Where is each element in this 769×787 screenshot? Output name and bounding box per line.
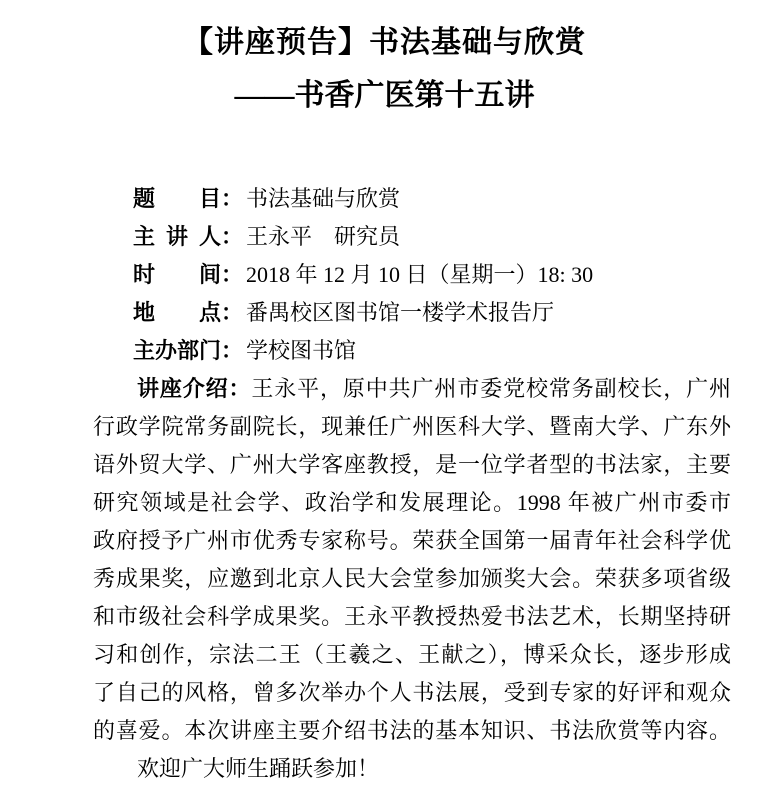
field-value-time: 2018 年 12 月 10 日（星期一）18: 30 <box>246 262 593 287</box>
field-value-organizer: 学校图书馆 <box>246 338 356 363</box>
paragraph-line-4: 研究领域是社会学、政治学和发展理论。1998 年被广州市委市 <box>93 484 731 522</box>
field-label-speaker: 主讲人 <box>133 218 221 256</box>
page-title: 【讲座预告】书法基础与欣赏 <box>0 0 769 61</box>
paragraph-line-3: 语外贸大学、广州大学客座教授，是一位学者型的书法家，主要 <box>93 446 731 484</box>
paragraph-line-6: 秀成果奖，应邀到北京人民大会堂参加颁奖大会。荣获多项省级 <box>93 560 731 598</box>
paragraph-line-10: 的喜爱。本次讲座主要介绍书法的基本知识、书法欣赏等内容。 <box>93 712 731 750</box>
field-colon: ： <box>221 224 243 249</box>
paragraph-text: 王永平，原中共广州市委党校常务副校长，广州 <box>251 376 731 401</box>
field-label-location: 地点 <box>133 294 221 332</box>
field-value-location: 番禺校区图书馆一楼学术报告厅 <box>246 300 554 325</box>
paragraph-line-1: 讲座介绍：王永平，原中共广州市委党校常务副校长，广州 <box>93 370 731 408</box>
field-row-speaker: 主讲人：王永平 研究员 <box>133 218 769 256</box>
page-subtitle: ——书香广医第十五讲 <box>0 78 769 114</box>
field-label-organizer: 主办部门 <box>133 332 221 370</box>
paragraph-line-2: 行政学院常务副院长，现兼任广州医科大学、暨南大学、广东外 <box>93 408 731 446</box>
paragraph-line-8: 习和创作，宗法二王（王羲之、王献之），博采众长，逐步形成 <box>93 636 731 674</box>
paragraph-line-5: 政府授予广州市优秀专家称号。荣获全国第一届青年社会科学优 <box>93 522 731 560</box>
field-row-location: 地点：番禺校区图书馆一楼学术报告厅 <box>133 294 769 332</box>
field-row-time: 时间：2018 年 12 月 10 日（星期一）18: 30 <box>133 256 769 294</box>
field-colon: ： <box>221 186 243 211</box>
field-colon: ： <box>221 262 243 287</box>
intro-label: 讲座介绍： <box>137 376 251 401</box>
lecture-intro-paragraph: 讲座介绍：王永平，原中共广州市委党校常务副校长，广州 行政学院常务副院长，现兼任… <box>93 370 731 750</box>
paragraph-line-9: 了自己的风格，曾多次举办个人书法展，受到专家的好评和观众 <box>93 674 731 712</box>
lecture-info-list: 题目：书法基础与欣赏 主讲人：王永平 研究员 时间：2018 年 12 月 10… <box>133 180 769 370</box>
field-row-organizer: 主办部门：学校图书馆 <box>133 332 769 370</box>
field-label-time: 时间 <box>133 256 221 294</box>
field-row-title: 题目：书法基础与欣赏 <box>133 180 769 218</box>
document-page: 【讲座预告】书法基础与欣赏 ——书香广医第十五讲 题目：书法基础与欣赏 主讲人：… <box>0 0 769 787</box>
field-label-title: 题目 <box>133 180 221 218</box>
field-colon: ： <box>221 300 243 325</box>
closing-line: 欢迎广大师生踊跃参加！ <box>93 750 769 787</box>
paragraph-line-7: 和市级社会科学成果奖。王永平教授热爱书法艺术，长期坚持研 <box>93 598 731 636</box>
field-colon: ： <box>221 338 243 363</box>
field-value-speaker: 王永平 研究员 <box>246 224 400 249</box>
field-value-title: 书法基础与欣赏 <box>246 186 400 211</box>
